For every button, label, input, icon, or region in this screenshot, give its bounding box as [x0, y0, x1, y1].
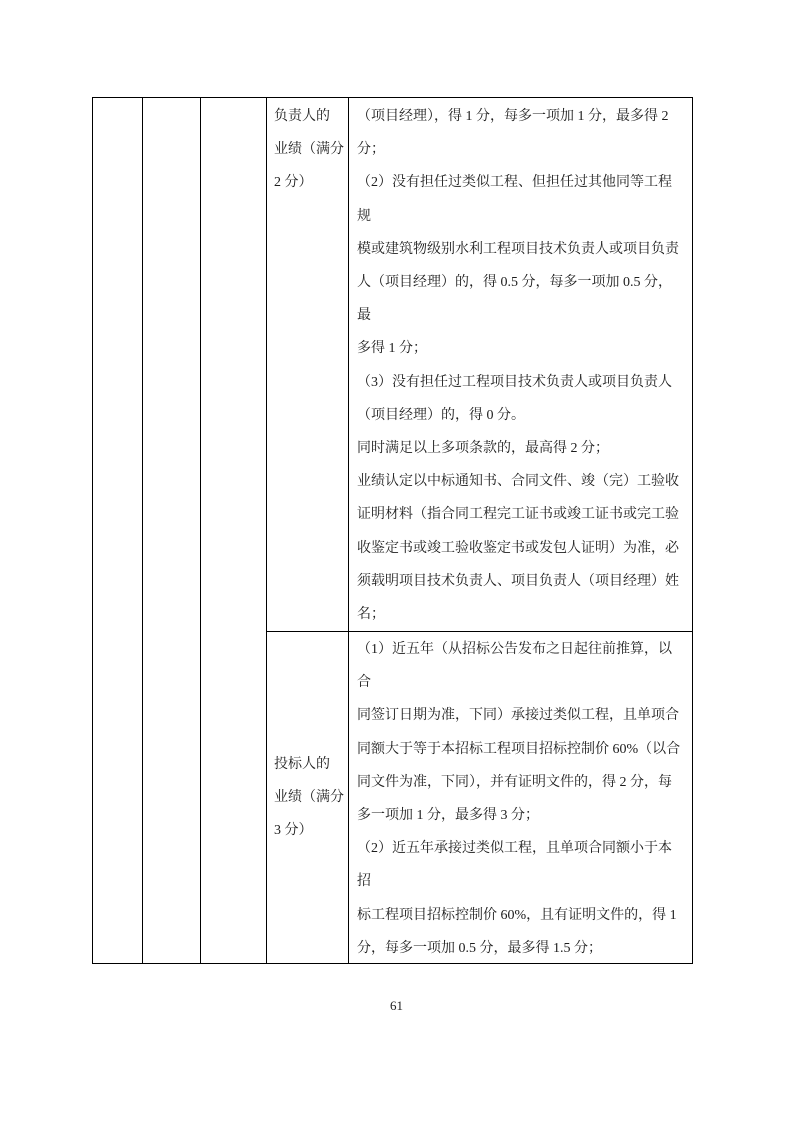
- evaluation-criteria-table: 负责人的 业绩（满分 2 分） （项目经理），得 1 分，每多一项加 1 分，最…: [92, 97, 693, 964]
- criterion-label-cell: 负责人的 业绩（满分 2 分）: [267, 98, 349, 631]
- table-row-bidder-performance: 投标人的 业绩（满分 3 分） （1）近五年（从招标公告发布之日起往前推算，以合…: [267, 632, 692, 963]
- document-page: 负责人的 业绩（满分 2 分） （项目经理），得 1 分，每多一项加 1 分，最…: [0, 0, 793, 1122]
- table-empty-column-3: [201, 98, 267, 963]
- criterion-description: （项目经理），得 1 分，每多一项加 1 分，最多得 2 分； （2）没有担任过…: [349, 98, 692, 631]
- table-empty-column-1: [93, 98, 143, 963]
- criterion-label-cell: 投标人的 业绩（满分 3 分）: [267, 632, 349, 963]
- table-empty-column-2: [143, 98, 201, 963]
- table-main-section: 负责人的 业绩（满分 2 分） （项目经理），得 1 分，每多一项加 1 分，最…: [267, 98, 692, 963]
- table-row-manager-performance: 负责人的 业绩（满分 2 分） （项目经理），得 1 分，每多一项加 1 分，最…: [267, 98, 692, 632]
- criterion-label: 投标人的 业绩（满分 3 分）: [274, 748, 344, 848]
- page-number: 61: [0, 998, 793, 1014]
- criterion-label: 负责人的 业绩（满分 2 分）: [274, 100, 346, 200]
- criterion-description: （1）近五年（从招标公告发布之日起往前推算，以合 同签订日期为准，下同）承接过类…: [349, 632, 692, 963]
